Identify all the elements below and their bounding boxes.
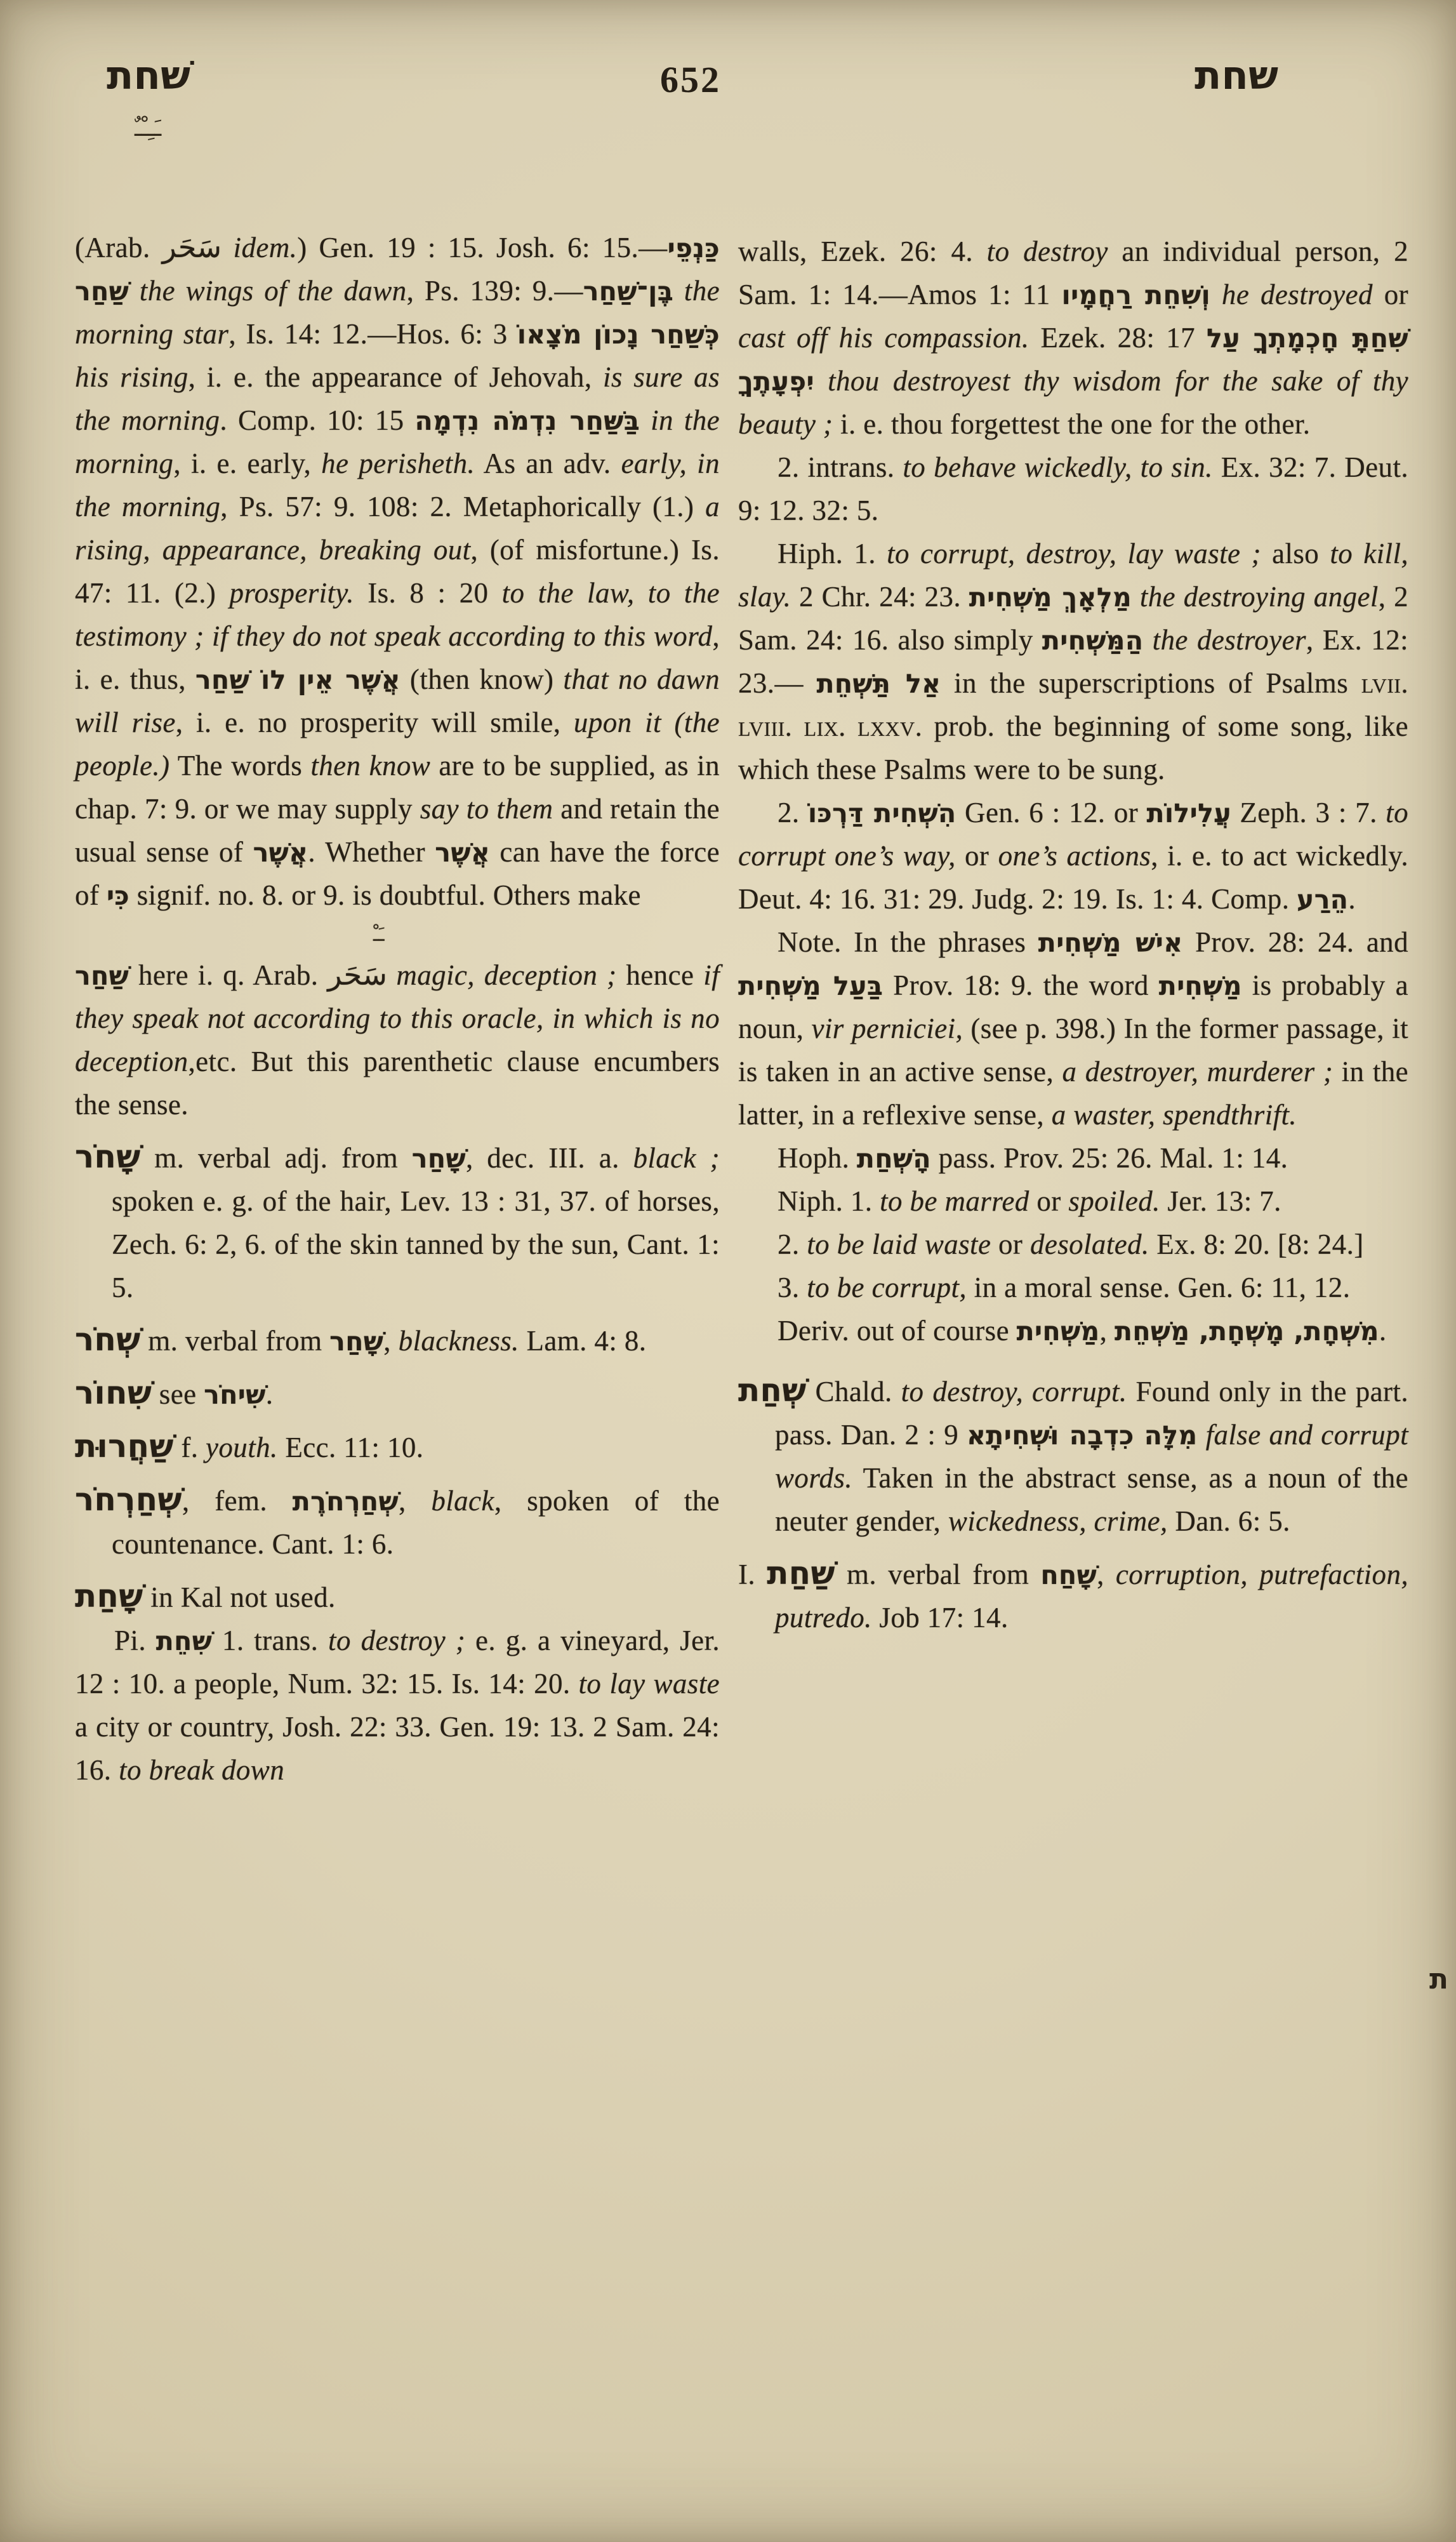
hebrew-text: אֲשֶׁר — [435, 837, 490, 868]
text-run: , Is. 14: 12.—Hos. 6: 3 — [228, 318, 517, 350]
text-run: , Ps. 57: 9. 108: 2. Metaphorically (1.) — [220, 491, 705, 522]
italic-text-run: to lay waste — [579, 1668, 720, 1700]
running-headword-right: שחת — [1195, 56, 1278, 95]
italic-text-run: black ; — [633, 1142, 720, 1174]
text-run: 3. — [778, 1272, 807, 1303]
paragraph-deriv: Deriv. out of course מַשְׁחִית, מִשְׁחָת… — [738, 1309, 1408, 1352]
text-run: Ezek. 28: 17 — [1029, 322, 1207, 354]
hebrew-text: שָׁחַר — [412, 1143, 466, 1174]
hebrew-text: הָשְׁחַת — [857, 1143, 931, 1174]
hebrew-text: אִישׁ מַשְׁחִית — [1038, 928, 1183, 958]
text-run — [222, 232, 233, 263]
hebrew-text: אַל תַּשְׁחֵת — [816, 669, 941, 699]
text-run: , — [1100, 1315, 1115, 1347]
text-run: or — [991, 1228, 1030, 1260]
hebrew-text: מַשְׁחִית — [1017, 1316, 1100, 1347]
text-run: ) Gen. 19 : 15. Josh. 6: 15.— — [297, 232, 667, 263]
hebrew-text: הֵרַע — [1297, 884, 1348, 915]
italic-text-run: the wings of the dawn — [140, 275, 407, 307]
hebrew-text: אֲשֶׁר — [253, 837, 308, 868]
text-run — [1132, 581, 1140, 613]
text-run: Ecc. 11: 10. — [278, 1432, 424, 1463]
hebrew-text: אֲשֶׁר אֵין לוֹ שַׁחַר — [195, 665, 400, 695]
text-run: f. — [174, 1432, 206, 1463]
text-run: , fem. — [182, 1485, 293, 1517]
entry-shecharchor-black: שְׁחַרְחֹר, fem. שְׁחַרְחֹרֶת, black, sp… — [75, 1479, 720, 1566]
italic-text-run: he perisheth. — [321, 448, 475, 479]
paragraph-shachar-magic: שַׁחַר here i. q. Arab. سَحَر magic, dec… — [75, 954, 720, 1126]
hebrew-headword: שָׁחֹר — [75, 1138, 141, 1175]
paragraph-piel-continuation: walls, Ezek. 26: 4. to destroy an indivi… — [738, 230, 1408, 446]
text-run: (then know) — [400, 663, 564, 695]
paragraph-hiphil: Hiph. 1. to corrupt, destroy, lay waste … — [738, 532, 1408, 791]
text-run — [1210, 279, 1222, 310]
italic-text-run: prosperity. — [229, 577, 354, 609]
italic-text-run: he destroyed — [1222, 279, 1373, 310]
italic-text-run: spoiled. — [1068, 1185, 1160, 1217]
hebrew-text: כְּשַׁחַר נָכוֹן מֹצָאוֹ — [517, 319, 720, 350]
text-run: I. — [738, 1559, 767, 1590]
paragraph-intrans: 2. intrans. to behave wickedly, to sin. … — [738, 446, 1408, 532]
text-run: Job 17: 14. — [872, 1602, 1009, 1634]
text-run: Dan. 6: 5. — [1168, 1505, 1290, 1537]
running-headword-left: שׁחת — [107, 56, 190, 95]
text-run — [129, 275, 140, 307]
italic-text-run: to be laid waste — [807, 1228, 991, 1260]
hebrew-text: הַמַּשְׁחִית — [1042, 625, 1144, 656]
text-run: m. verbal from — [835, 1559, 1041, 1590]
column-right: walls, Ezek. 26: 4. to destroy an indivi… — [738, 230, 1408, 1639]
text-run: walls, Ezek. 26: 4. — [738, 236, 987, 267]
text-run: . Whether — [308, 836, 435, 868]
hebrew-text: שָׁחַר — [329, 1326, 383, 1357]
text-run: As an adv. — [475, 448, 621, 479]
text-run: i. e. thou forgettest the one for the ot… — [833, 408, 1310, 440]
text-run: . — [266, 1378, 274, 1410]
text-run: , — [399, 1485, 431, 1517]
hebrew-text: מַשְׁחִית — [1159, 971, 1242, 1001]
entry-shachor-adj: שָׁחֹר m. verbal adj. from שָׁחַר, dec. … — [75, 1136, 720, 1309]
hebrew-headword: שַׁחֲרוּת — [75, 1428, 174, 1465]
hebrew-text: מַלְאָךְ מַשְׁחִית — [969, 582, 1132, 613]
text-run: , dec. III. a. — [466, 1142, 633, 1174]
text-run: Zeph. 3 : 7. — [1231, 797, 1386, 828]
italic-text-run: wickedness, crime, — [948, 1505, 1168, 1537]
text-run: , — [1097, 1559, 1116, 1590]
italic-text-run: his rising — [75, 361, 189, 393]
entry-shacharut-youth: שַׁחֲרוּת f. youth. Ecc. 11: 10. — [75, 1426, 720, 1469]
italic-text-run: the destroyer — [1153, 624, 1306, 656]
italic-text-run: the destroying angel — [1140, 581, 1379, 613]
italic-text-run: a waster, spendthrift. — [1052, 1099, 1297, 1131]
text-run: 2 Chr. 24: 23. — [791, 581, 969, 613]
italic-text-run: to destroy ; — [328, 1625, 465, 1656]
text-run — [814, 365, 828, 397]
text-run — [387, 959, 396, 991]
text-run: pass. Prov. 25: 26. Mal. 1: 14. — [931, 1142, 1288, 1174]
italic-text-run: then know — [310, 750, 430, 782]
text-run: see — [152, 1378, 204, 1410]
text-run: Hiph. 1. — [778, 538, 887, 569]
paragraph-hophal: Hoph. הָשְׁחַת pass. Prov. 25: 26. Mal. … — [738, 1136, 1408, 1180]
entry-shechor-blackness: שְׁחֹר m. verbal from שָׁחַר, blackness.… — [75, 1319, 720, 1362]
text-run: Lam. 4: 8. — [519, 1325, 647, 1357]
entry-continuation-shachar: (Arab. سَحَر idem.) Gen. 19 : 15. Josh. … — [75, 226, 720, 917]
hebrew-headword: שִׁחוֹר — [75, 1374, 152, 1411]
text-run: 2. — [778, 797, 808, 828]
italic-text-run: blackness. — [399, 1325, 519, 1357]
text-run: in Kal not used. — [143, 1581, 336, 1613]
text-run: Hoph. — [778, 1142, 857, 1174]
italic-text-run: to break down — [119, 1754, 284, 1786]
text-run: , — [383, 1325, 398, 1357]
text-run: Jer. 13: 7. — [1160, 1185, 1281, 1217]
text-run: 2. — [778, 1228, 807, 1260]
italic-text-run: to destroy, corrupt. — [901, 1376, 1127, 1407]
text-run: . Comp. 10: 15 — [220, 404, 414, 436]
hebrew-text: שִׁיחֹר — [204, 1380, 266, 1410]
entry-shechat-chald: שְׁחַת Chald. to destroy, corrupt. Found… — [738, 1370, 1408, 1543]
text-run: , i. e. early, — [173, 448, 321, 479]
hebrew-text: כִּי — [107, 881, 129, 911]
italic-text-run: to be corrupt, — [807, 1272, 967, 1303]
paragraph-note: Note. In the phrases אִישׁ מַשְׁחִית Pro… — [738, 921, 1408, 1136]
italic-text-run: to corrupt, destroy, lay waste ; — [887, 538, 1261, 569]
column-left: (Arab. سَحَر idem.) Gen. 19 : 15. Josh. … — [75, 226, 720, 1792]
text-run: or — [956, 840, 998, 872]
text-run: Prov. 18: 9. the word — [883, 969, 1159, 1001]
paragraph-niphal-2: 2. to be laid waste or desolated. Ex. 8:… — [738, 1223, 1408, 1266]
italic-text-run: desolated. — [1030, 1228, 1149, 1260]
text-run: here i. q. Arab. — [129, 959, 328, 991]
italic-text-run: to behave wickedly, to sin. — [903, 451, 1212, 483]
hebrew-headword: שְׁחַרְחֹר — [75, 1481, 182, 1518]
italic-text-run: magic, deception ; — [396, 959, 616, 991]
text-run: Niph. 1. — [778, 1185, 880, 1217]
text-run: or — [1029, 1185, 1069, 1217]
hebrew-text: בֶּן־שַׁחַר — [583, 276, 673, 307]
hebrew-text: שְׁחַרְחֹרֶת — [293, 1486, 399, 1517]
text-run: 1. trans. — [212, 1625, 328, 1656]
text-run: m. verbal from — [141, 1325, 330, 1357]
entry-shachat-verb: שָׁחַת in Kal not used. — [75, 1576, 720, 1619]
hebrew-text: מִשְׁחָת, מָשְׁחָת, מַשְׁחֵת — [1115, 1316, 1379, 1347]
text-run: Ex. 8: 20. [8: 24.] — [1149, 1228, 1364, 1260]
italic-text-run: one’s actions — [998, 840, 1151, 872]
text-run — [1198, 1419, 1206, 1451]
text-run: m. verbal adj. from — [141, 1142, 412, 1174]
text-run: in the superscriptions of Psalms — [941, 667, 1361, 699]
text-run: in a moral sense. Gen. 6: 11, 12. — [967, 1272, 1350, 1303]
hebrew-headword: שָׁחַת — [75, 1578, 143, 1614]
text-run: Gen. 6 : 12. or — [956, 797, 1147, 828]
text-run: (Arab. — [75, 232, 162, 263]
text-run: also — [1261, 538, 1330, 569]
paragraph-piel: Pi. שִׁחֵת 1. trans. to destroy ; e. g. … — [75, 1619, 720, 1792]
italic-text-run: to be marred — [880, 1185, 1029, 1217]
text-run: . — [1348, 883, 1356, 915]
text-run: signif. no. 8. or 9. is doubtful. Others… — [129, 879, 641, 911]
hebrew-headword: שְׁחֹר — [75, 1321, 141, 1358]
text-run: hence — [617, 959, 704, 991]
hebrew-headword: שְׁחַת — [738, 1372, 807, 1409]
arabic-text: سَحَر — [328, 957, 387, 992]
text-run — [640, 404, 651, 436]
hebrew-text: שָׁחַח — [1040, 1560, 1097, 1590]
entry-shachat-noun: I. שַׁחַת m. verbal from שָׁחַח, corrupt… — [738, 1553, 1408, 1639]
arabic-text: سَحَر — [162, 230, 222, 264]
text-run: , i. e. no prosperity will smile, — [176, 707, 574, 738]
arabic-text: ـَـْ — [373, 924, 385, 946]
paragraph-hiphil-2: 2. הִשְׁחִית דַּרְכּוֹ Gen. 6 : 12. or ע… — [738, 791, 1408, 921]
page-edge-artifact: ת — [1429, 1963, 1448, 1995]
text-run: The words — [169, 750, 310, 782]
text-run: Pi. — [114, 1625, 156, 1656]
hebrew-text: וְשִׁחֵת רַחֲמָיו — [1062, 280, 1210, 310]
italic-text-run: a destroyer, murderer ; — [1062, 1056, 1334, 1088]
hebrew-text: מִלָּה כִדְבָה וּשְׁחִיתָא — [967, 1420, 1198, 1451]
scanned-lexicon-page: שׁחת 652 שחת ـَـِـْـٌ (Arab. سَحَر idem.… — [0, 0, 1456, 2542]
entry-shichor-see: שִׁחוֹר see שִׁיחֹר. — [75, 1373, 720, 1416]
text-run — [673, 275, 684, 307]
page-number: 652 — [640, 58, 741, 101]
arabic-vowel-marks-inline: ـَـْ — [75, 917, 720, 954]
text-run: Is. 8 : 20 — [354, 577, 502, 609]
italic-text-run: youth. — [206, 1432, 278, 1463]
hebrew-text: עֲלִילוֹת — [1147, 798, 1231, 828]
paragraph-niphal: Niph. 1. to be marred or spoiled. Jer. 1… — [738, 1180, 1408, 1223]
paragraph-niphal-3: 3. to be corrupt, in a moral sense. Gen.… — [738, 1266, 1408, 1309]
hebrew-text: בַּשַּׁחַר נִדְמֹה נִדְמָה — [415, 406, 640, 436]
italic-text-run: vir perniciei, — [812, 1013, 963, 1044]
italic-text-run: idem. — [234, 232, 298, 263]
text-run: Prov. 28: 24. and — [1182, 926, 1408, 958]
italic-text-run: say to them — [420, 793, 553, 825]
italic-text-run: to destroy — [987, 236, 1108, 267]
text-run: . — [1379, 1315, 1387, 1347]
text-run: Note. In the phrases — [778, 926, 1038, 958]
hebrew-text: הִשְׁחִית דַּרְכּוֹ — [808, 798, 956, 828]
text-run: spoken e. g. of the hair, Lev. 13 : 31, … — [112, 1185, 720, 1303]
hebrew-text: שִׁחֵת — [156, 1626, 212, 1656]
text-run: Chald. — [807, 1376, 901, 1407]
arabic-vowel-marks: ـَـِـْـٌ — [135, 116, 161, 142]
italic-text-run: black — [431, 1485, 494, 1517]
hebrew-headword: שַׁחַת — [767, 1555, 835, 1592]
text-run: , i. e. the appearance of Jehovah, — [189, 361, 603, 393]
italic-text-run: cast off his compassion. — [738, 322, 1029, 354]
text-run: , Ps. 139: 9.— — [407, 275, 583, 307]
text-run: or — [1373, 279, 1408, 310]
text-run: Deriv. out of course — [778, 1315, 1017, 1347]
text-run: 2. intrans. — [778, 451, 903, 483]
hebrew-text: בַּעַל מַשְׁחִית — [738, 971, 883, 1001]
text-run — [1143, 624, 1152, 656]
hebrew-text: שַׁחַר — [75, 961, 129, 991]
